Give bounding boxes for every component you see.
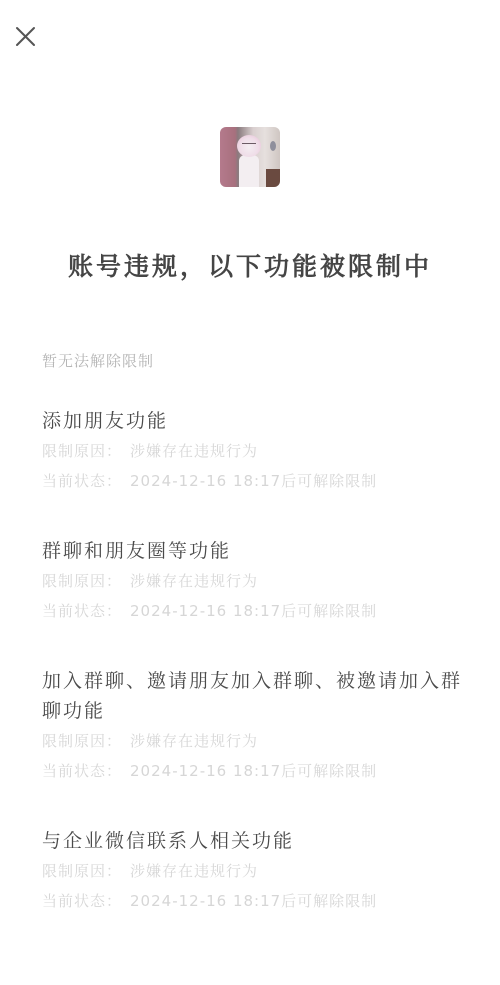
status-value: 2024-12-16 18:17后可解除限制 [130, 762, 377, 780]
restriction-status: 当前状态：2024-12-16 18:17后可解除限制 [42, 596, 462, 626]
restriction-title: 群聊和朋友圈等功能 [42, 536, 462, 566]
status-value: 2024-12-16 18:17后可解除限制 [130, 602, 377, 620]
avatar-figure-body [239, 155, 259, 187]
reason-label: 限制原因： [42, 732, 122, 750]
status-label: 当前状态： [42, 602, 122, 620]
close-icon [14, 25, 38, 49]
reason-value: 涉嫌存在违规行为 [130, 732, 258, 750]
restriction-status: 当前状态：2024-12-16 18:17后可解除限制 [42, 756, 462, 786]
avatar-mirror [270, 141, 276, 151]
close-button[interactable] [14, 25, 38, 49]
page-title: 账号违规，以下功能被限制中 [0, 247, 500, 283]
restriction-title: 与企业微信联系人相关功能 [42, 826, 462, 856]
reason-value: 涉嫌存在违规行为 [130, 862, 258, 880]
status-label: 当前状态： [42, 892, 122, 910]
restriction-status: 当前状态：2024-12-16 18:17后可解除限制 [42, 466, 462, 496]
restriction-status: 当前状态：2024-12-16 18:17后可解除限制 [42, 886, 462, 916]
restriction-item: 群聊和朋友圈等功能 限制原因：涉嫌存在违规行为 当前状态：2024-12-16 … [42, 536, 462, 626]
reason-label: 限制原因： [42, 442, 122, 460]
avatar [220, 127, 280, 187]
avatar-figure-eyes [242, 143, 256, 147]
restriction-reason: 限制原因：涉嫌存在违规行为 [42, 566, 462, 596]
reason-value: 涉嫌存在违规行为 [130, 442, 258, 460]
status-label: 当前状态： [42, 762, 122, 780]
restriction-item: 添加朋友功能 限制原因：涉嫌存在违规行为 当前状态：2024-12-16 18:… [42, 406, 462, 496]
restriction-item: 与企业微信联系人相关功能 限制原因：涉嫌存在违规行为 当前状态：2024-12-… [42, 826, 462, 916]
avatar-table [266, 169, 280, 187]
restriction-title: 加入群聊、邀请朋友加入群聊、被邀请加入群聊功能 [42, 666, 462, 726]
status-label: 当前状态： [42, 472, 122, 490]
restriction-reason: 限制原因：涉嫌存在违规行为 [42, 726, 462, 756]
reason-value: 涉嫌存在违规行为 [130, 572, 258, 590]
restriction-title: 添加朋友功能 [42, 406, 462, 436]
restriction-reason: 限制原因：涉嫌存在违规行为 [42, 856, 462, 886]
reason-label: 限制原因： [42, 572, 122, 590]
status-value: 2024-12-16 18:17后可解除限制 [130, 892, 377, 910]
reason-label: 限制原因： [42, 862, 122, 880]
status-value: 2024-12-16 18:17后可解除限制 [130, 472, 377, 490]
restriction-item: 加入群聊、邀请朋友加入群聊、被邀请加入群聊功能 限制原因：涉嫌存在违规行为 当前… [42, 666, 462, 786]
restriction-reason: 限制原因：涉嫌存在违规行为 [42, 436, 462, 466]
section-label: 暂无法解除限制 [42, 350, 154, 371]
